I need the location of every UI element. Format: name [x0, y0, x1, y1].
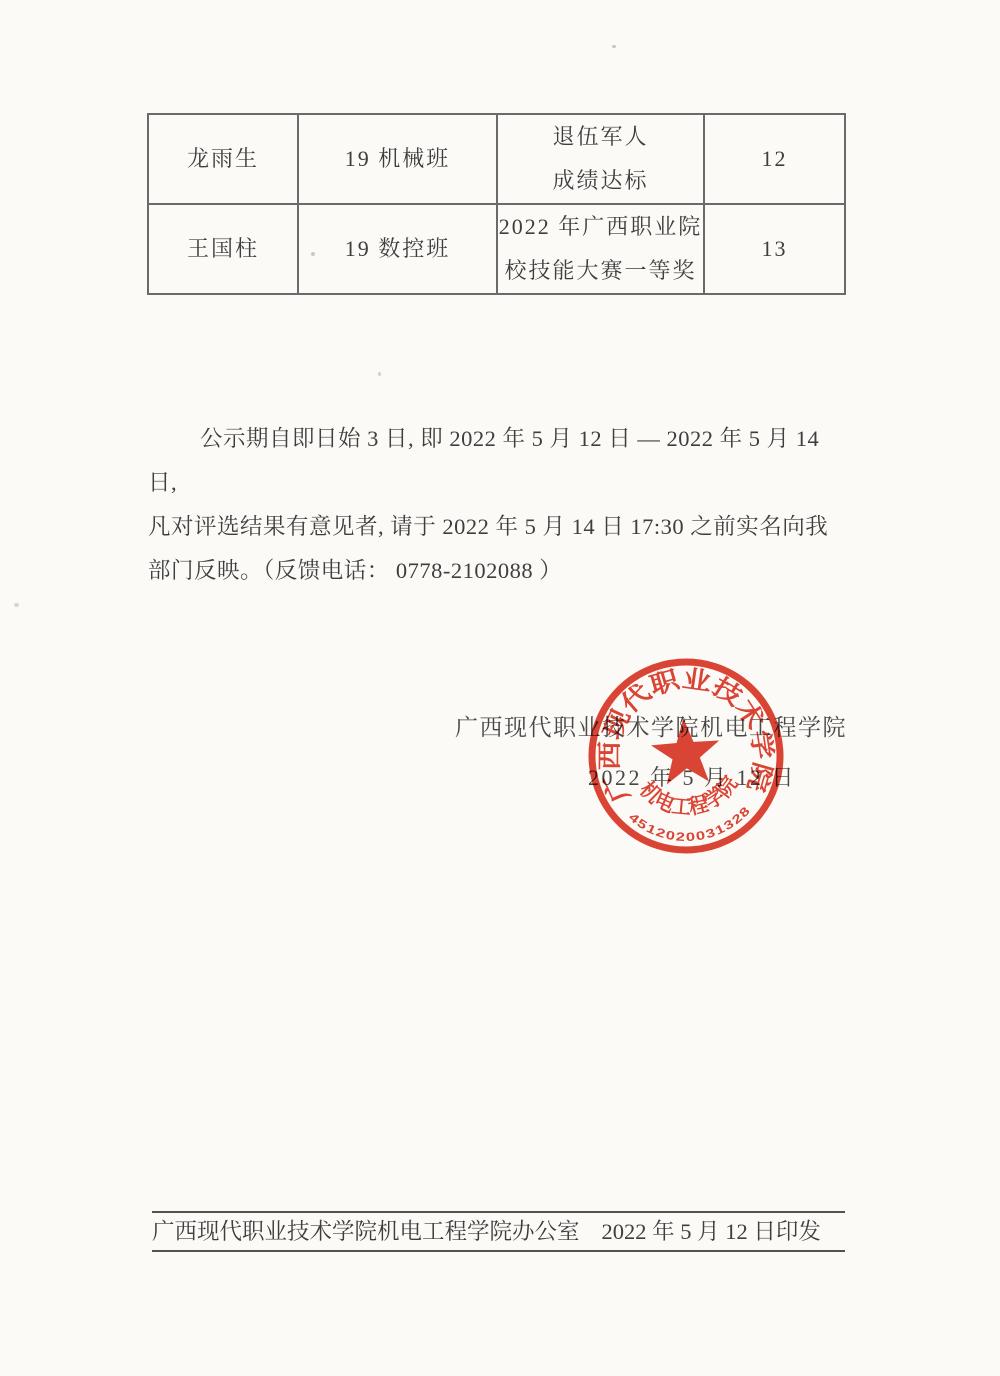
- footer-rule-top: [152, 1211, 845, 1213]
- seal-star-icon: [649, 716, 722, 786]
- notice-line: 凡对评选结果有意见者, 请于 2022 年 5 月 14 日 17:30 之前实…: [148, 505, 854, 549]
- notice-line: 部门反映。（反馈电话： 0778-2102088 ）: [148, 549, 854, 593]
- scan-speck: [378, 372, 381, 376]
- achievement-line: 2022 年广西职业院: [498, 205, 703, 249]
- scan-speck: [612, 45, 616, 48]
- notice-line: 公示期自即日始 3 日, 即 2022 年 5 月 12 日 — 2022 年 …: [148, 417, 854, 505]
- footer-issue-date: 2022 年 5 月 12 日印发: [602, 1219, 821, 1244]
- cell-score: 13: [704, 204, 845, 294]
- seal-bottom-text: 机电工程学院: [634, 770, 745, 823]
- cell-achievement: 2022 年广西职业院 校技能大赛一等奖: [497, 204, 704, 294]
- scan-speck: [311, 252, 315, 256]
- public-notice-paragraph: 公示期自即日始 3 日, 即 2022 年 5 月 12 日 — 2022 年 …: [148, 417, 854, 593]
- official-seal: 广西现代职业技术学院 机电工程学院 4512020031328: [558, 628, 814, 884]
- scanned-document-page: 龙雨生 19 机械班 退伍军人 成绩达标 12 王国柱 19 数控班 2022 …: [0, 0, 1000, 1376]
- cell-student-name: 龙雨生: [148, 114, 298, 204]
- footer-rule-bottom: [152, 1250, 845, 1252]
- table-row: 龙雨生 19 机械班 退伍军人 成绩达标 12: [148, 114, 845, 204]
- footer-office-name: 广西现代职业技术学院机电工程学院办公室: [152, 1219, 580, 1244]
- cell-score: 12: [704, 114, 845, 204]
- award-table: 龙雨生 19 机械班 退伍军人 成绩达标 12 王国柱 19 数控班 2022 …: [147, 113, 846, 295]
- cell-student-name: 王国柱: [148, 204, 298, 294]
- cell-class: 19 数控班: [298, 204, 497, 294]
- achievement-line: 退伍军人: [498, 115, 703, 159]
- cell-achievement: 退伍军人 成绩达标: [497, 114, 704, 204]
- table-row: 王国柱 19 数控班 2022 年广西职业院 校技能大赛一等奖 13: [148, 204, 845, 294]
- footer-issuance-line: 广西现代职业技术学院机电工程学院办公室2022 年 5 月 12 日印发: [152, 1215, 845, 1249]
- scan-speck: [14, 603, 19, 607]
- svg-text:机电工程学院: 机电工程学院: [634, 770, 745, 823]
- cell-class: 19 机械班: [298, 114, 497, 204]
- achievement-line: 成绩达标: [498, 159, 703, 203]
- achievement-line: 校技能大赛一等奖: [498, 249, 703, 293]
